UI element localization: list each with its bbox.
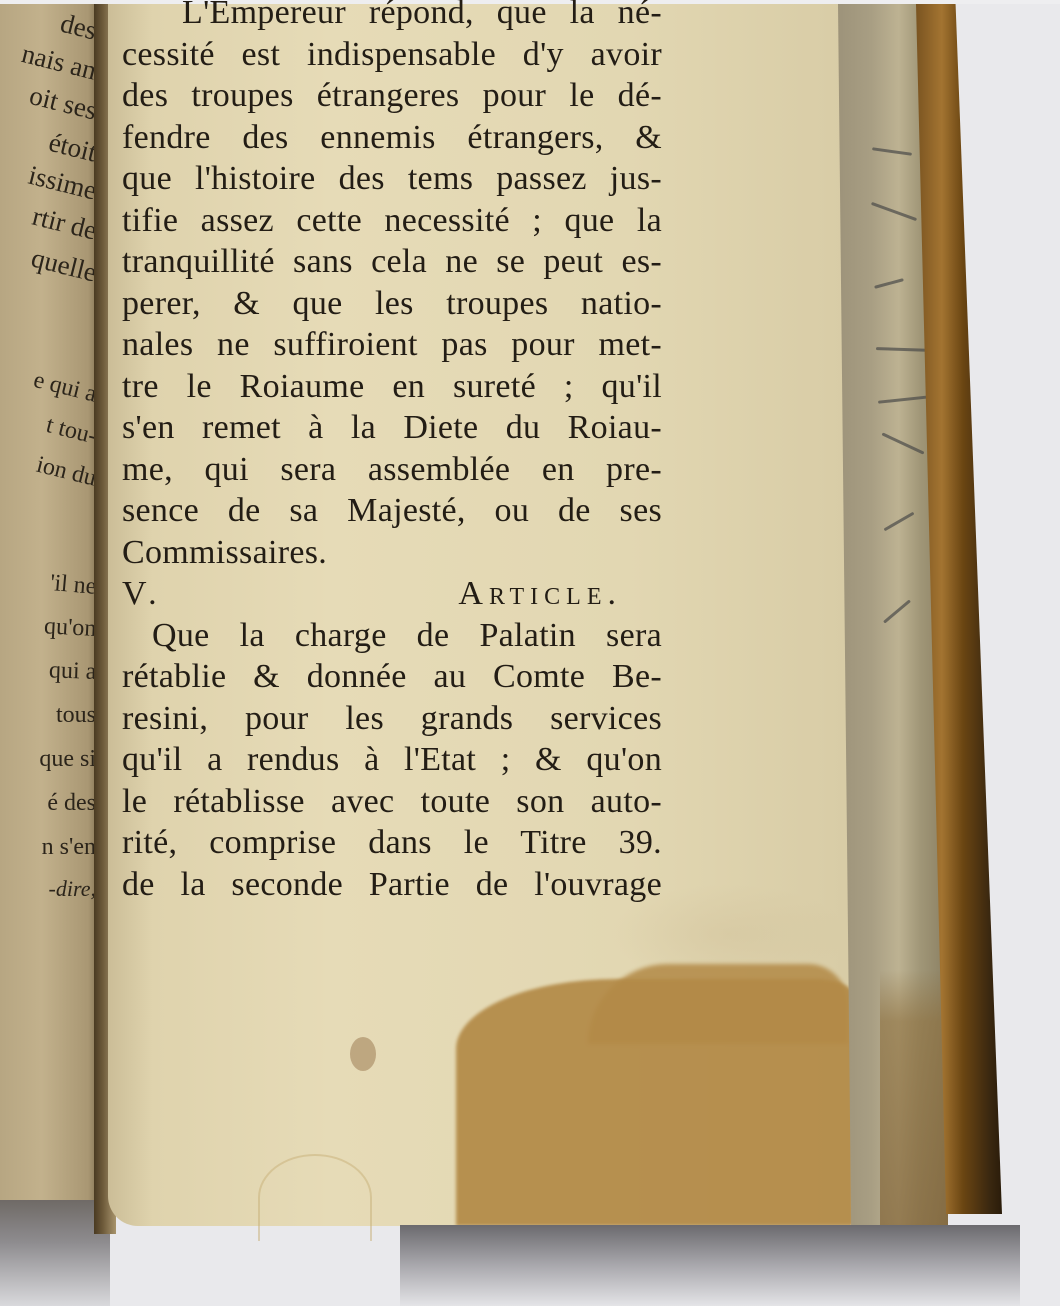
article-heading: V. Article. [122, 573, 662, 615]
text-line: rétablie & donnée au Comte Be- [122, 656, 662, 698]
left-page-text-fragment: 'il ne [49, 570, 97, 601]
left-page-text-fragment: é des [47, 790, 96, 817]
text-line: fendre des ennemis étrangers, & [122, 117, 662, 159]
left-page-text-fragment: oit ses [26, 80, 100, 127]
text-line: tranquillité sans cela ne se peut es- [122, 241, 662, 283]
left-page-text-fragment: n s'en [42, 834, 96, 861]
text-line: cessité est indispensable d'y avoir [122, 34, 662, 76]
text-line: resini, pour les grands services [122, 698, 662, 740]
text-line: L'Empereur répond, que la né- [122, 0, 662, 34]
page-text: L'Empereur répond, que la né- cessité es… [122, 0, 662, 905]
left-page-text-fragment: tous [56, 702, 96, 729]
left-page-text-fragment: étoit [46, 127, 100, 169]
text-line: que l'histoire des tems passez jus- [122, 158, 662, 200]
text-line: tifie assez cette necessité ; que la [122, 200, 662, 242]
fore-edge-water-stain [880, 970, 948, 1228]
left-page-text-fragment: qui a [48, 657, 96, 686]
text-line: sence de sa Majesté, ou de ses [122, 490, 662, 532]
text-line: me, qui sera assemblée en pre- [122, 449, 662, 491]
right-book-page: L'Empereur répond, que la né- cessité es… [108, 4, 850, 1226]
table-shadow-bottom [400, 1225, 1020, 1306]
water-ring-mark [258, 1154, 372, 1241]
left-page-text-fragment: que si [39, 746, 96, 773]
water-stain [456, 979, 856, 1226]
text-line: nales ne suffiroient pas pour met- [122, 324, 662, 366]
text-line: de la seconde Partie de l'ouvrage [122, 864, 662, 906]
left-page-text-fragment: quelle [28, 242, 100, 288]
text-line: le rétablisse avec toute son auto- [122, 781, 662, 823]
left-page-text-fragment: ion du [34, 452, 99, 493]
left-page-text-fragment: rtir de [29, 201, 100, 247]
left-page-text-fragment: -dire, [49, 876, 96, 902]
text-line: s'en remet à la Diete du Roiau- [122, 407, 662, 449]
text-line: rité, comprise dans le Titre 39. [122, 822, 662, 864]
text-line: tre le Roiaume en sureté ; qu'il [122, 366, 662, 408]
text-line: qu'il a rendus à l'Etat ; & qu'on [122, 739, 662, 781]
text-line: Que la charge de Palatin sera [122, 615, 662, 657]
text-line: perer, & que les troupes natio- [122, 283, 662, 325]
left-page-text-fragment: e qui a [31, 367, 100, 409]
text-line: Commissaires. [122, 532, 662, 574]
left-page-text-fragment: qu'on [43, 613, 97, 643]
text-line: des troupes étrangeres pour le dé- [122, 75, 662, 117]
left-page-text-fragment: t tou- [43, 412, 99, 451]
paper-spot [350, 1037, 376, 1071]
left-facing-page: des nais an oit ses étoit issime rtir de… [0, 4, 104, 1244]
